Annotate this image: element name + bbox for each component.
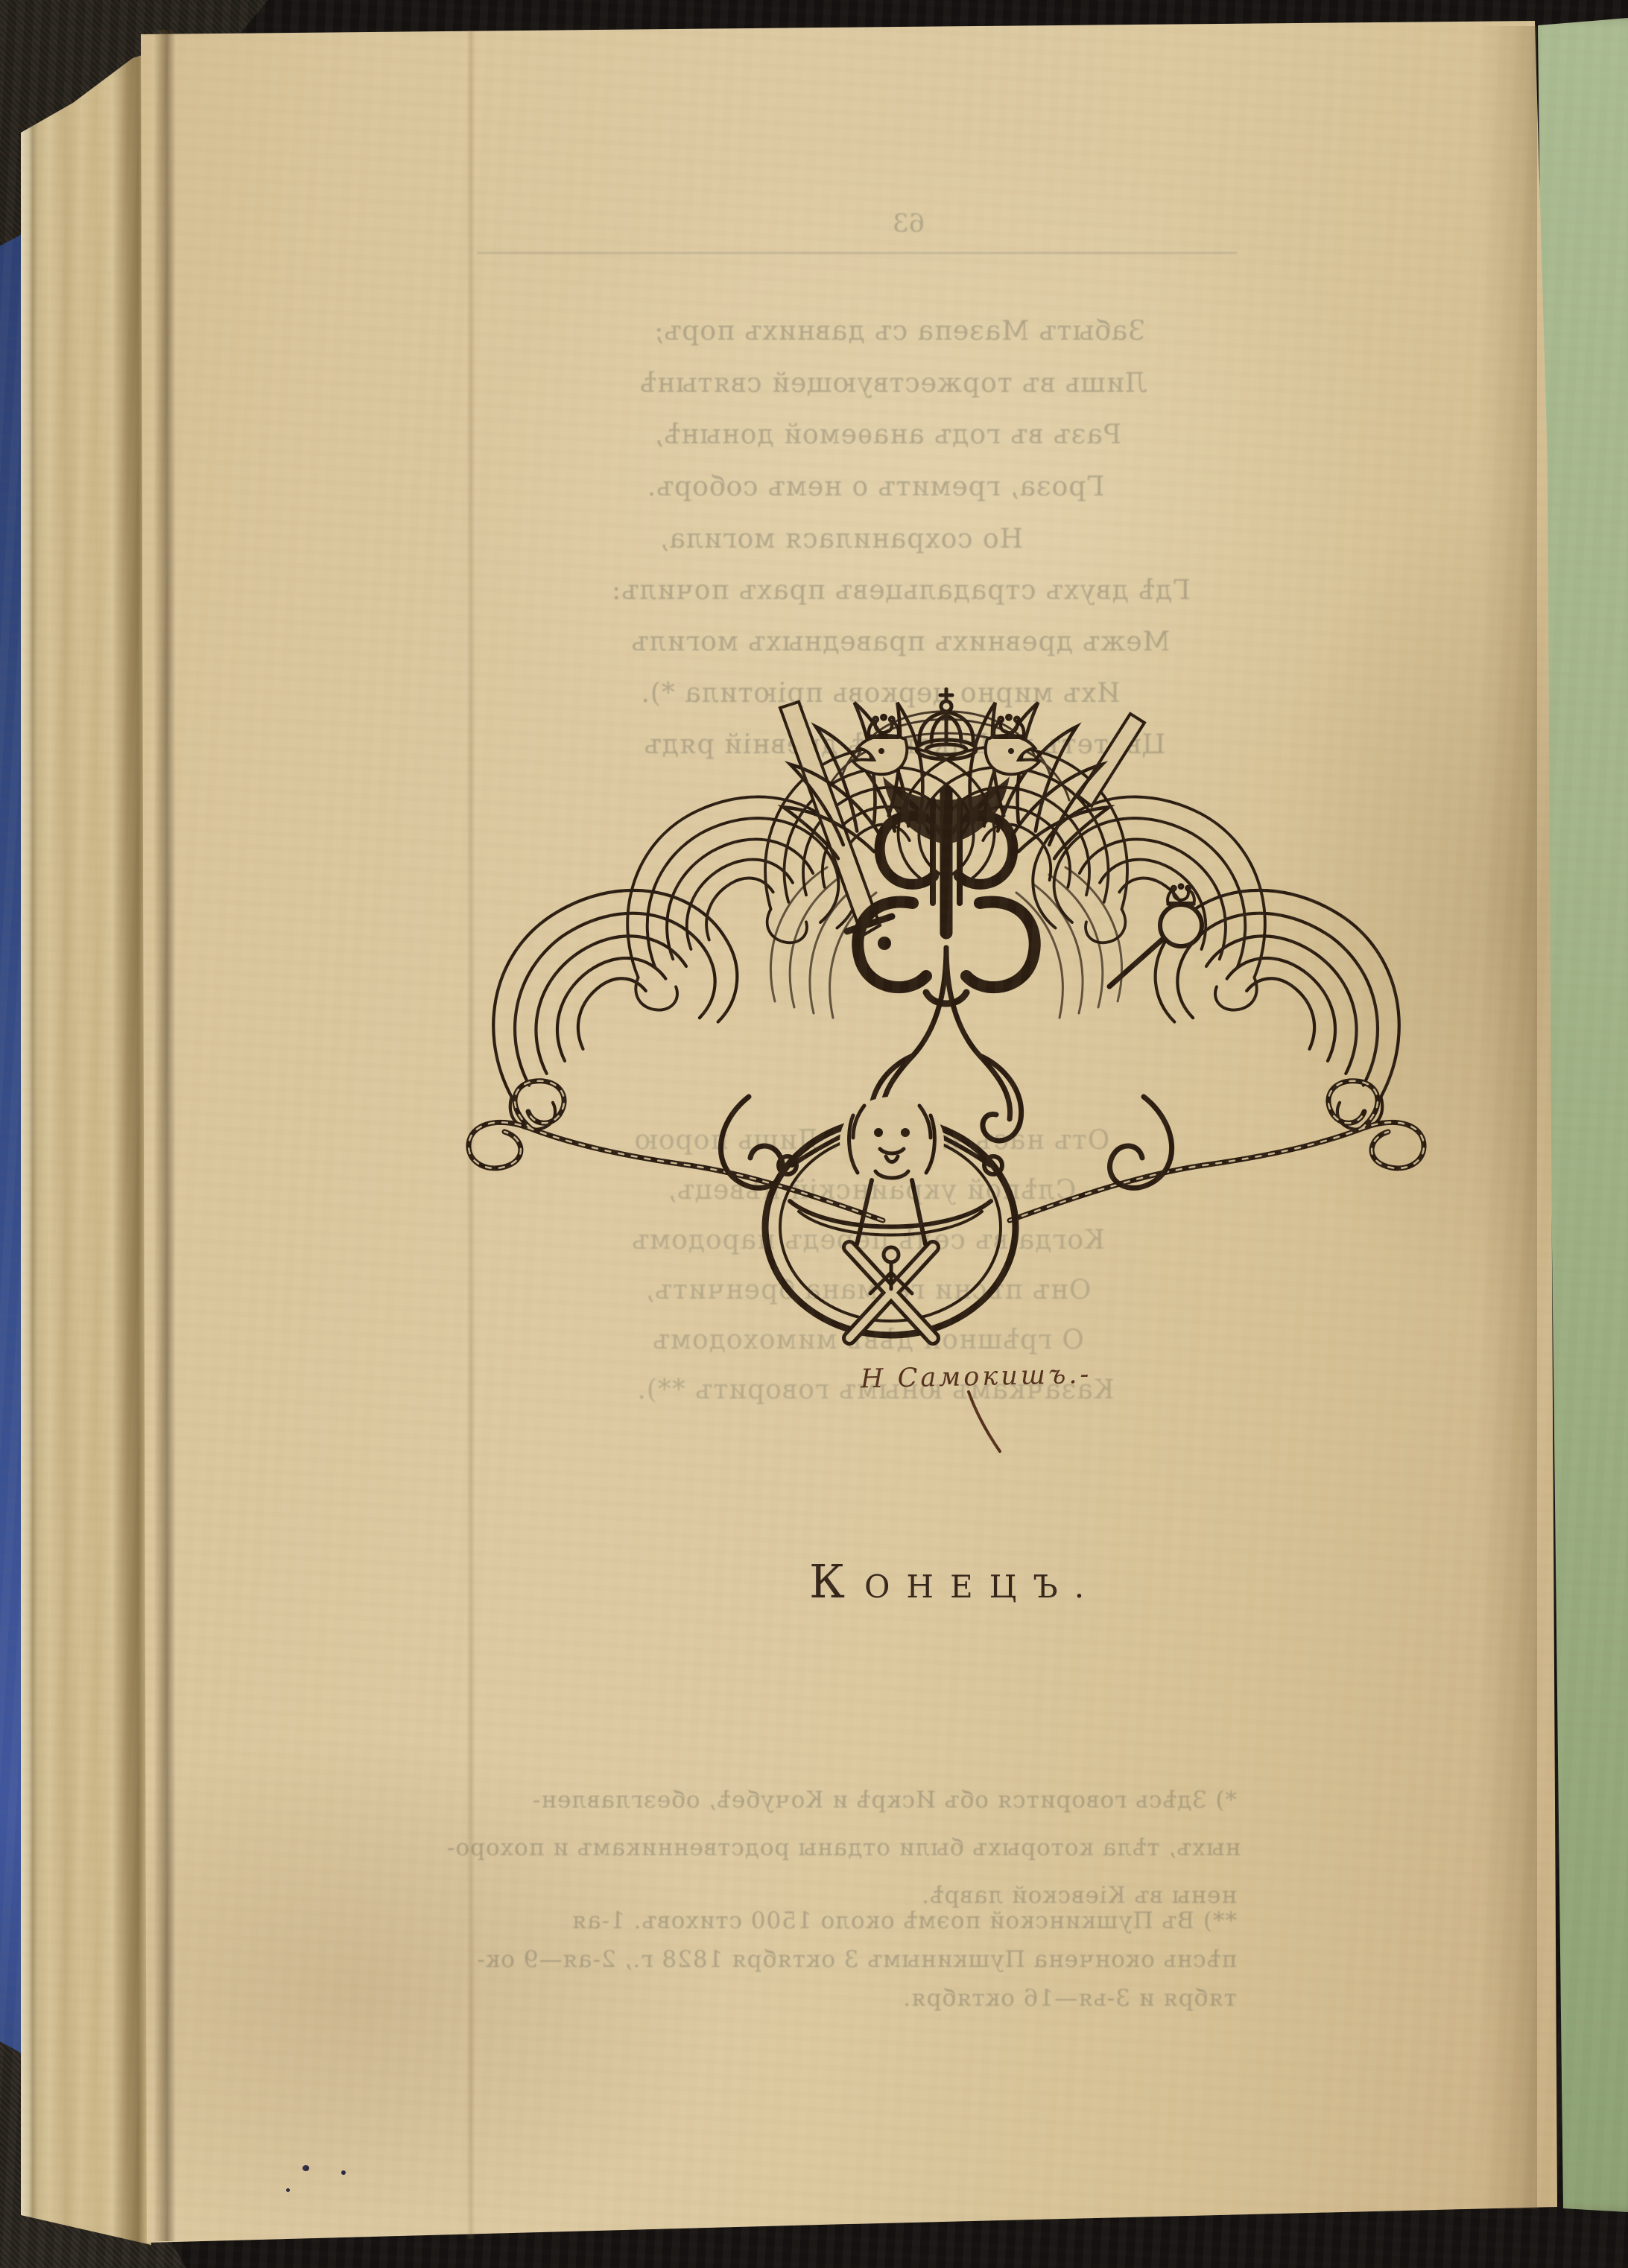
end-word: Конецъ. — [809, 1554, 1092, 1609]
bleedthrough-footnote-line: тября и 3-ья—16 октября. — [902, 1985, 1237, 2012]
ink-speck — [341, 2170, 346, 2175]
ink-speck — [303, 2165, 309, 2171]
scrollwork — [720, 948, 1171, 1188]
page-crease — [153, 30, 176, 2241]
signature-flourish — [964, 1389, 1016, 1456]
bleedthrough-poem-line: Разъ въ годъ анаѳемой донынѣ, — [581, 419, 1194, 450]
bleedthrough-poem-line: Но сохранилася могила, — [607, 524, 1075, 554]
book-photo: 63 Забытъ Мазепа съ давнихъ поръ; Лишь в… — [0, 0, 1628, 2268]
bleedthrough-footnote-line: **) Въ Пушкинской поэмѣ около 1500 стихо… — [522, 1907, 1237, 1934]
bleedthrough-footnote-line: нены въ Кіевской лаврѣ. — [879, 1882, 1237, 1909]
bleedthrough-poem-line: Гроза, гремитъ о немъ соборъ. — [589, 472, 1162, 502]
rope — [469, 1081, 1424, 1220]
page-curl-shadow — [1479, 26, 1537, 2209]
bleedthrough-page-number: 63 — [893, 209, 925, 238]
page-edges-stack — [21, 28, 151, 2264]
bleedthrough-poem-line: Забытъ Мазепа съ давнихъ поръ; — [627, 316, 1171, 346]
lion-mask-icon — [840, 1097, 944, 1186]
bleedthrough-poem-line: Межъ древнихъ праведныхъ могилъ — [592, 627, 1209, 657]
bleedthrough-footnote-line: *) Здѣсь говорится объ Искрѣ и Кочубеѣ, … — [417, 1787, 1237, 1814]
bleedthrough-rule — [477, 252, 1237, 254]
bleedthrough-footnote-line: пѣснь окончена Пушкинымъ 3 октября 1828 … — [406, 1946, 1237, 1973]
bleedthrough-poem-line: Гдѣ двухъ страдальцевъ прахъ почилъ: — [574, 575, 1228, 606]
feather-blade-icon — [1078, 714, 1144, 806]
ink-speck — [286, 2188, 290, 2192]
saltire-cross-icon — [849, 1247, 933, 1338]
bleedthrough-footnote-line: ныхъ, тѣла которыхъ были отданы родствен… — [406, 1834, 1241, 1861]
bleedthrough-poem-line: Лишь въ торжествующей святынѣ — [607, 368, 1179, 399]
pendant — [765, 1097, 1016, 1338]
crown-icon — [916, 689, 976, 759]
